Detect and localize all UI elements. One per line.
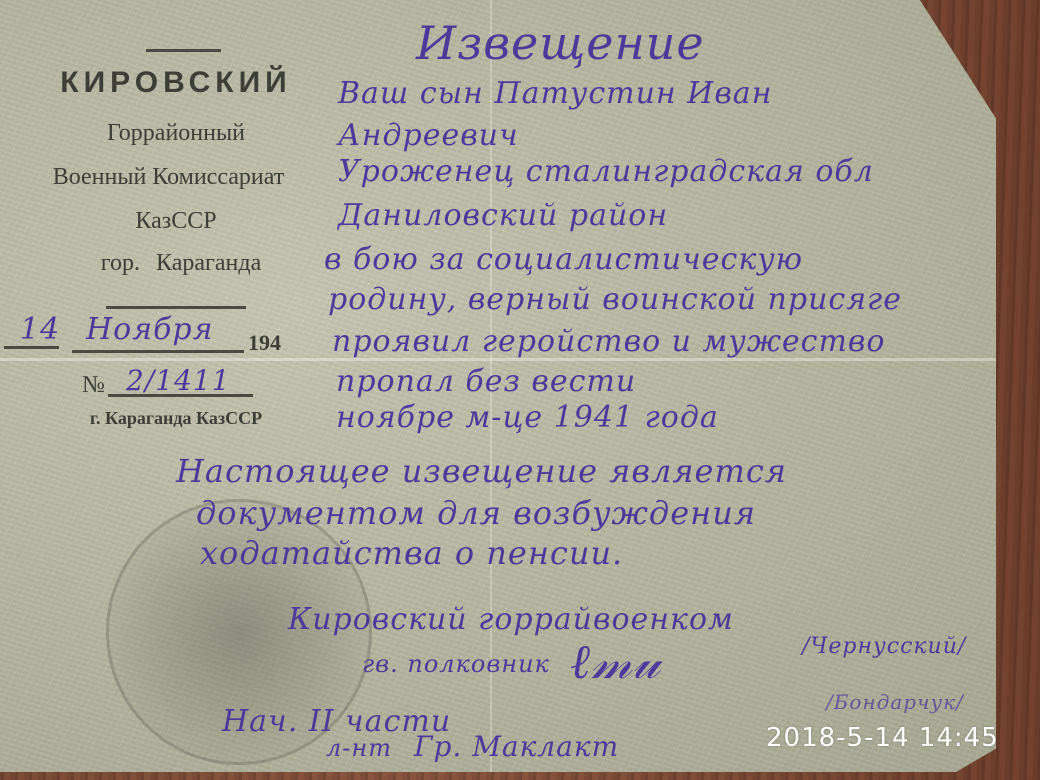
notice-line-5: в бою за социалистическую bbox=[324, 242, 803, 277]
stamp-footer: г. Караганда КазССР bbox=[26, 408, 326, 429]
stamp-date-day-rule bbox=[4, 346, 59, 349]
notice-line-3: Уроженец сталинградская обл bbox=[338, 154, 874, 189]
chief-name: Гр. Маклакт bbox=[414, 730, 619, 763]
stamp-district: КИРОВСКИЙ bbox=[26, 66, 326, 100]
number-value: 2/1411 bbox=[126, 364, 231, 397]
notice-line-2: Андреевич bbox=[338, 118, 519, 153]
commissar-rank: гв. полковник bbox=[362, 650, 550, 678]
stamp-office: Военный Комиссариат bbox=[0, 164, 341, 191]
date-year-prefix: 194 bbox=[248, 330, 281, 356]
stamp-city-prefix: гор. bbox=[101, 250, 140, 276]
notice-line-7: проявил геройство и мужество bbox=[332, 324, 885, 359]
date-month: Ноября bbox=[86, 312, 213, 347]
stamp-city-line: гор. Караганда bbox=[36, 250, 326, 277]
stamp-top-rule bbox=[146, 49, 221, 52]
number-prefix: № bbox=[82, 372, 105, 399]
date-day: 14 bbox=[20, 312, 60, 347]
stamp-republic: КазССР bbox=[56, 208, 296, 235]
commissar-name: /Чернусский/ bbox=[802, 634, 966, 659]
statement-line-2: документом для возбуждения bbox=[196, 494, 756, 532]
commissar-title: Кировский горрайвоенком bbox=[288, 602, 734, 637]
notice-line-8: пропал без вести bbox=[336, 364, 636, 399]
chief-rank: л-нт bbox=[326, 734, 392, 762]
notice-line-4: Даниловский район bbox=[338, 198, 668, 233]
chief-signature: /Бондарчук/ bbox=[826, 690, 964, 714]
commissar-signature: ℓ𝓂𝓊 bbox=[570, 634, 661, 691]
notice-document: КИРОВСКИЙ Горрайонный Военный Комиссариа… bbox=[0, 0, 996, 772]
notice-title: Извещение bbox=[416, 16, 705, 70]
stamp-date-month-rule bbox=[72, 350, 244, 353]
notice-line-6: родину, верный воинской присяге bbox=[328, 282, 902, 317]
statement-line-1: Настоящее извещение является bbox=[176, 452, 787, 490]
photo-timestamp: 2018-5-14 14:45 bbox=[766, 723, 999, 753]
stamp-number-rule bbox=[108, 394, 253, 397]
stamp-city: Караганда bbox=[156, 250, 261, 276]
notice-line-9: ноябре м-це 1941 года bbox=[336, 400, 719, 435]
stamp-type: Горрайонный bbox=[36, 120, 316, 147]
statement-line-3: ходатайства о пенсии. bbox=[200, 534, 623, 572]
stamp-date-top-rule bbox=[106, 306, 246, 309]
notice-line-1: Ваш сын Патустин Иван bbox=[338, 76, 772, 111]
